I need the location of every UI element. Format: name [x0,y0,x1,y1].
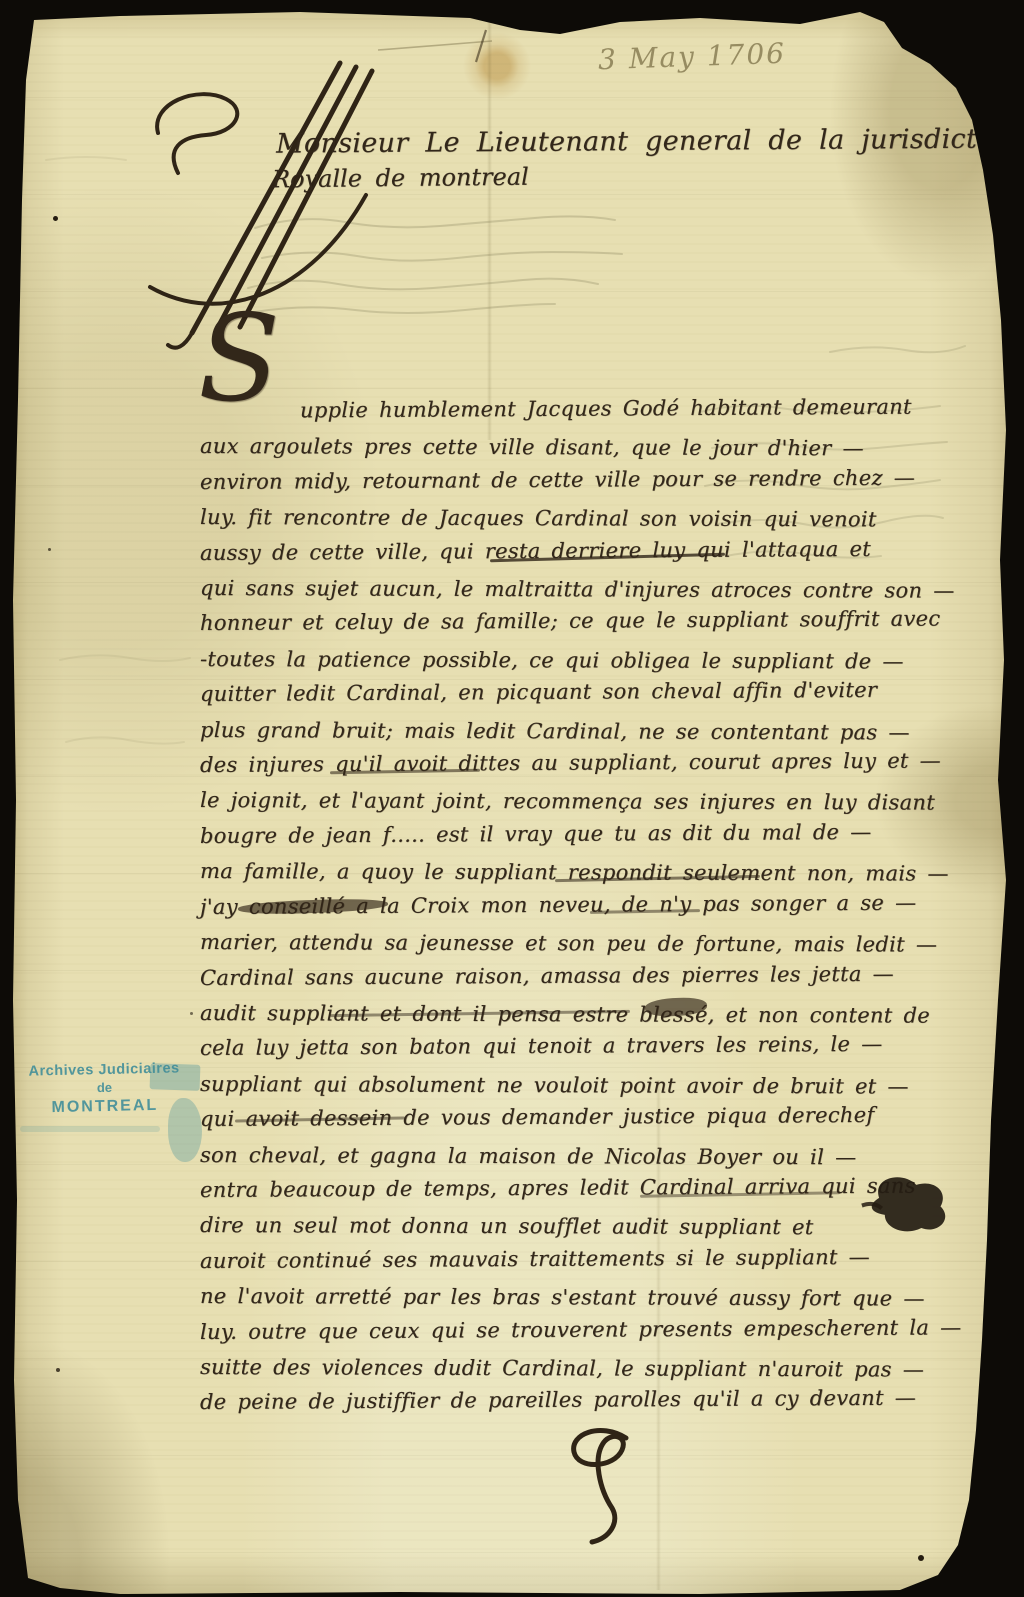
archive-stamp: Archives Judiciaires de MONTREAL [11,1060,197,1118]
manuscript-line: Cardinal sans aucune raison, amassa des … [200,956,980,996]
manuscript-line: aussy de cette ville, qui resta derriere… [200,531,980,571]
salutation-line: Monsieur Le Lieutenant general de la jur… [276,123,1020,159]
document-paper: 3 May 1706 Monsieur Le Lieutenant genera… [0,0,1024,1597]
manuscript-line: honneur et celuy de sa famille; ce que l… [200,602,980,642]
stamp-line: MONTREAL [12,1096,197,1118]
manuscript-line: luy. outre que ceux qui se trouverent pr… [200,1310,980,1350]
manuscript-line: upplie humblement Jacques Godé habitant … [200,389,980,429]
manuscript-line: qui avoit dessein de vous demander justi… [200,1097,980,1137]
pencil-tick-marks [370,26,540,70]
ink-speck [56,1368,60,1372]
photo-background: 3 May 1706 Monsieur Le Lieutenant genera… [0,0,1024,1597]
manuscript-line: de peine de justiffier de pareilles paro… [200,1381,980,1421]
manuscript-line: j'ay conseillé a la Croix mon neveu, de … [200,885,980,925]
ink-speck [918,1555,924,1561]
ink-speck [53,216,58,221]
manuscript-line: entra beaucoup de temps, apres ledit Car… [200,1168,980,1208]
manuscript-line: auroit continué ses mauvais traittements… [200,1239,980,1279]
manuscript-line: environ midy, retournant de cette ville … [200,460,980,500]
stamp-line: Archives Judiciaires [11,1060,196,1080]
ink-speck [190,1012,193,1015]
pencil-date-annotation: 3 May 1706 [597,37,786,77]
paraph-flourish [540,1420,680,1550]
manuscript-line: quitter ledit Cardinal, en picquant son … [200,672,980,712]
stamp-smudge [20,1126,160,1132]
stamp-line: de [12,1078,197,1097]
ink-speck [48,548,51,551]
petition-body: upplie humblement Jacques Godé habitant … [200,394,980,1421]
manuscript-line: cela luy jetta son baton qui tenoit a tr… [200,1027,980,1067]
paper-crease [487,20,492,440]
manuscript-line: bougre de jean f..... est il vray que tu… [200,814,980,854]
manuscript-line: des injures qu'il avoit dittes au suppli… [200,743,980,783]
salutation-line: Royalle de montreal [272,163,529,194]
